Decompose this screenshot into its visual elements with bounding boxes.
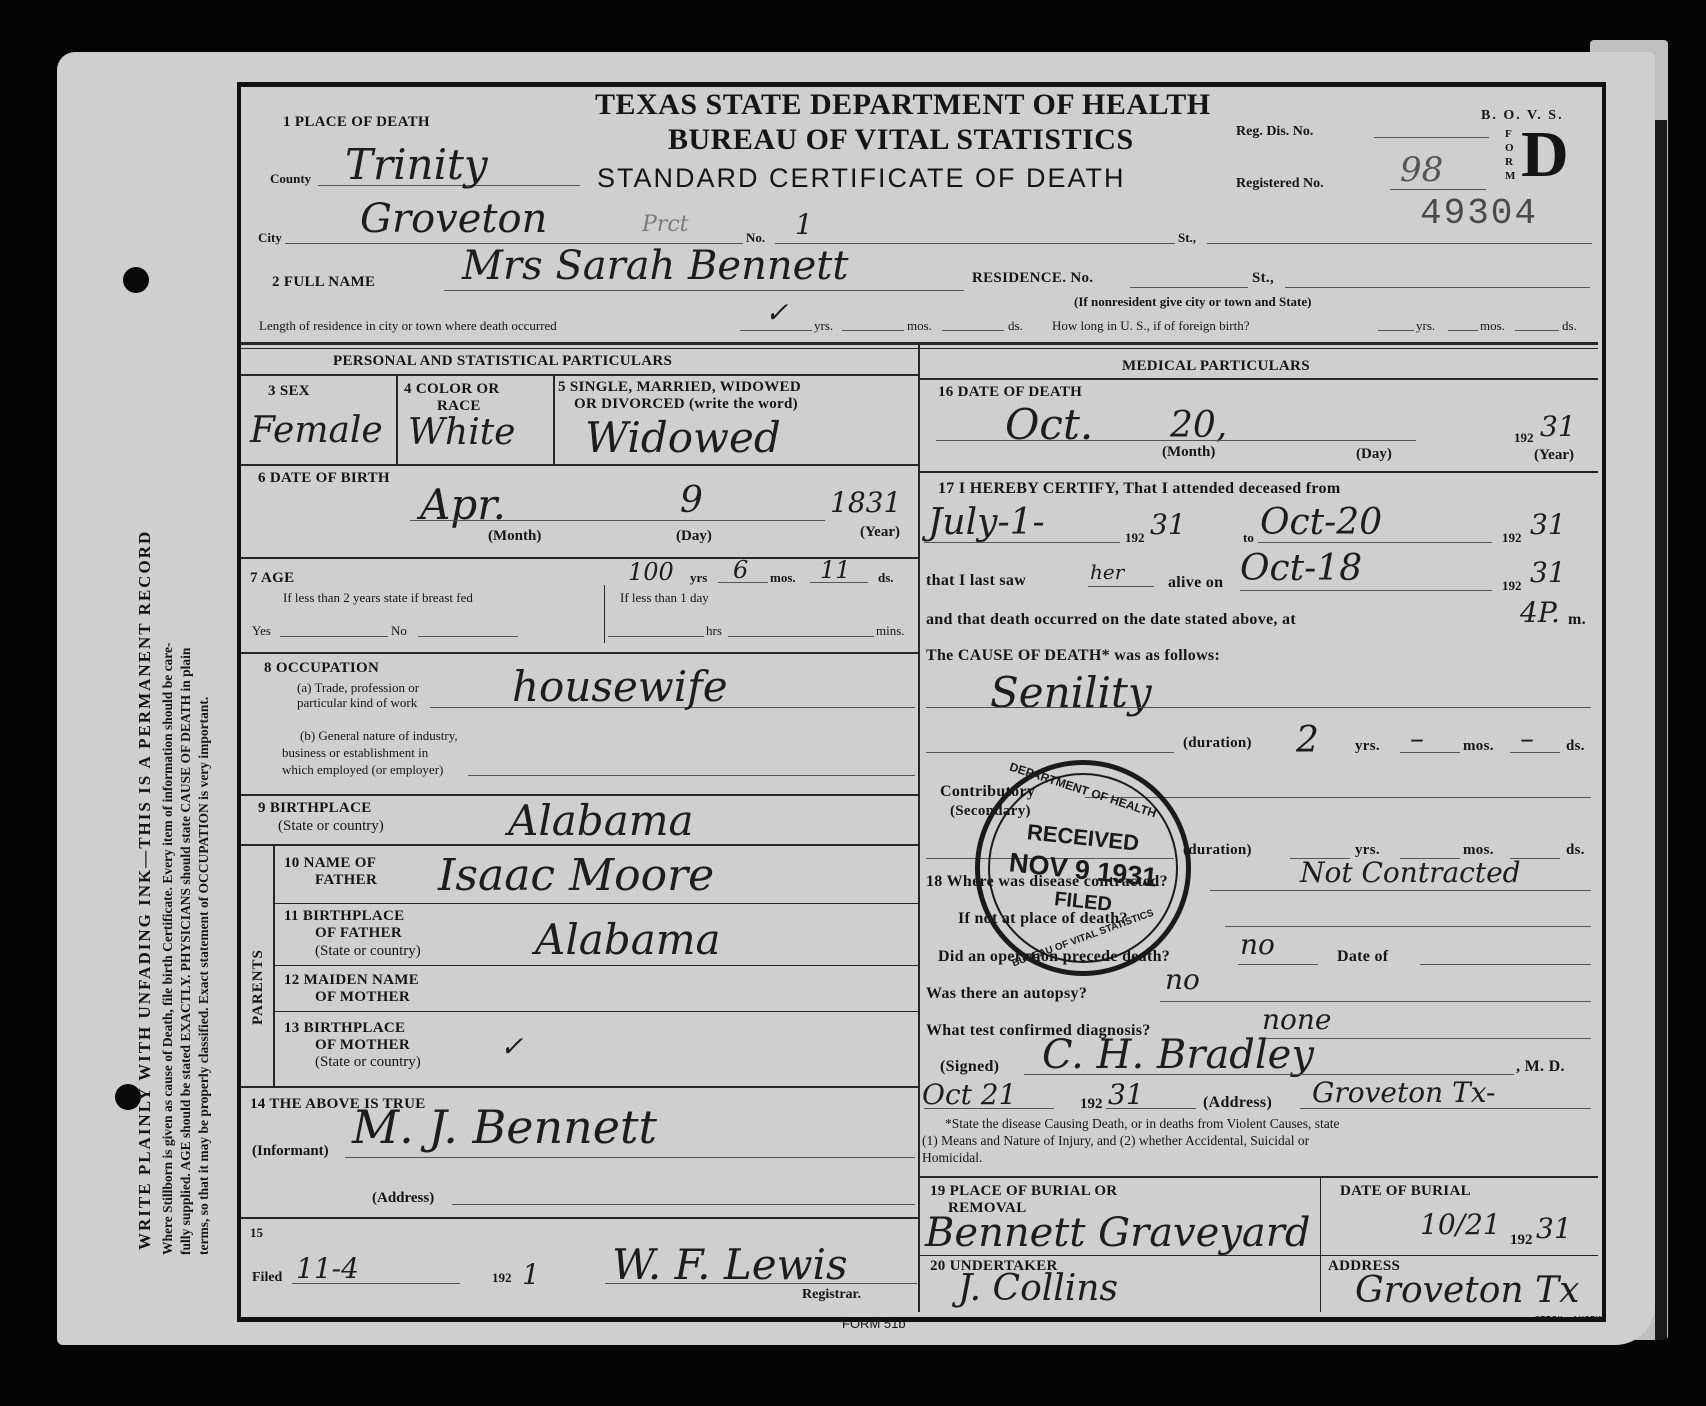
length-residence-label: Length of residence in city or town wher… — [259, 318, 557, 334]
footnote-line-2: (1) Means and Nature of Injury, and (2) … — [922, 1133, 1309, 1149]
birthplace-value: Alabama — [508, 796, 694, 845]
form-letter-d: D — [1521, 122, 1569, 188]
agency-line-2: BUREAU OF VITAL STATISTICS — [668, 123, 1134, 157]
medical-section-title: MEDICAL PARTICULARS — [1122, 358, 1310, 375]
margin-warning: WRITE PLAINLY WITH UNFADING INK—THIS IS … — [135, 530, 155, 1250]
registered-label: Registered No. — [1236, 176, 1324, 192]
age-months: 6 — [733, 556, 748, 584]
footnote-line-1: *State the disease Causing Death, or in … — [945, 1116, 1339, 1132]
informant-value: M. J. Bennett — [352, 1100, 657, 1154]
reg-dis-label: Reg. Dis. No. — [1236, 124, 1313, 140]
sex-label: 3 SEX — [268, 383, 310, 400]
county-label: County — [270, 171, 311, 187]
dod-year: 31 — [1540, 410, 1576, 443]
marital-label: 5 SINGLE, MARRIED, WIDOWED — [558, 379, 801, 396]
father-name-label: 10 NAME OF — [284, 855, 376, 872]
alive-on-value: Oct-18 — [1240, 548, 1362, 589]
sex-value: Female — [250, 410, 383, 451]
sign-date: Oct 21 — [922, 1078, 1016, 1111]
personal-section-title: PERSONAL AND STATISTICAL PARTICULARS — [333, 353, 672, 370]
city-label: City — [258, 230, 282, 246]
full-name-label: 2 FULL NAME — [272, 274, 375, 291]
burial-date-value: 10/21 — [1420, 1208, 1501, 1241]
form-number: FORM 51b — [842, 1316, 906, 1331]
card-stack-shadow — [1655, 120, 1667, 1340]
full-name-value: Mrs Sarah Bennett — [462, 243, 848, 289]
dob-label: 6 DATE OF BIRTH — [258, 470, 390, 487]
occurred-time: 4P. — [1520, 596, 1560, 629]
burial-place-label: 19 PLACE OF BURIAL OR — [930, 1183, 1117, 1200]
printer-mark: STECK · AUSTIN — [1535, 1316, 1605, 1323]
form-vertical-label: FORM — [1505, 127, 1515, 183]
burial-date-label: DATE OF BURIAL — [1340, 1183, 1471, 1200]
registered-value: 98 — [1400, 150, 1443, 190]
certify-text: 17 I HEREBY CERTIFY, That I attended dec… — [938, 480, 1340, 498]
file-number: 49304 — [1420, 193, 1538, 234]
occupation-label: 8 OCCUPATION — [264, 660, 379, 677]
age-days: 11 — [820, 556, 851, 584]
color-label: 4 COLOR OR — [404, 381, 500, 398]
cause-value: Senility — [990, 668, 1152, 717]
cause-duration-yrs: 2 — [1296, 720, 1319, 761]
last-saw-label: that I last saw — [926, 572, 1026, 590]
punch-hole-top — [123, 267, 149, 293]
informant-label: (Informant) — [252, 1143, 329, 1160]
registrar-label: Registrar. — [802, 1287, 861, 1303]
attended-from: July-1- — [928, 502, 1045, 543]
dob-month: Apr. — [420, 480, 506, 529]
registrar-value: W. F. Lewis — [612, 1240, 848, 1289]
occupation-value: housewife — [512, 662, 728, 711]
undertaker-value: J. Collins — [958, 1268, 1118, 1309]
mother-birthplace-value: ✓ — [500, 1030, 523, 1063]
residence-label: RESIDENCE. No. — [972, 270, 1093, 287]
mother-birthplace-label: 13 BIRTHPLACE — [284, 1020, 405, 1037]
dod-label: 16 DATE OF DEATH — [938, 384, 1082, 401]
color-value: White — [408, 412, 515, 453]
length-residence-yrs: ✓ — [765, 296, 788, 329]
agency-line-1: TEXAS STATE DEPARTMENT OF HEALTH — [595, 88, 1211, 122]
city-value: Groveton — [360, 196, 547, 242]
form-title: STANDARD CERTIFICATE OF DEATH — [597, 163, 1126, 194]
dod-month: Oct. — [1005, 400, 1093, 449]
county-value: Trinity — [345, 140, 488, 189]
informant-address-label: (Address) — [372, 1190, 434, 1207]
father-name-value: Isaac Moore — [438, 850, 714, 901]
physician-address: Groveton Tx- — [1312, 1076, 1495, 1109]
received-stamp: DEPARTMENT OF HEALTH RECEIVED NOV 9 1931… — [975, 760, 1191, 976]
attended-to: Oct-20 — [1260, 502, 1382, 543]
foreign-birth-label: How long in U. S., if of foreign birth? — [1052, 318, 1250, 334]
undertaker-address-value: Groveton Tx — [1355, 1270, 1579, 1311]
contracted-value: Not Contracted — [1300, 856, 1521, 889]
parents-label: PARENTS — [250, 949, 267, 1025]
age-years: 100 — [628, 558, 674, 586]
signed-label: (Signed) — [940, 1058, 999, 1076]
autopsy-label: Was there an autopsy? — [926, 985, 1087, 1003]
nonresident-note: (If nonresident give city or town and St… — [1074, 294, 1312, 310]
margin-note-3: terms, so that it may be properly classi… — [196, 697, 212, 1255]
margin-note-1: Where Stillborn is given as cause of Dea… — [160, 642, 176, 1255]
marital-value: Widowed — [585, 413, 781, 462]
city-note: Prct — [642, 212, 688, 237]
cause-label: The CAUSE OF DEATH* was as follows: — [926, 647, 1220, 665]
father-birthplace-label: 11 BIRTHPLACE — [284, 908, 404, 925]
margin-note-2: fully supplied. AGE should be stated EXA… — [178, 648, 194, 1255]
burial-place-value: Bennett Graveyard — [925, 1210, 1311, 1256]
birthplace-label: 9 BIRTHPLACE — [258, 800, 372, 817]
autopsy-value: no — [1165, 963, 1200, 996]
dob-year: 1831 — [830, 486, 901, 519]
operation-value: no — [1240, 928, 1275, 961]
age-label: 7 AGE — [250, 570, 294, 587]
dob-day: 9 — [680, 480, 703, 521]
father-birthplace-value: Alabama — [535, 915, 721, 964]
column-divider — [918, 345, 920, 1312]
house-no-value: 1 — [795, 208, 813, 241]
mother-name-label: 12 MAIDEN NAME — [284, 972, 419, 989]
filed-label: Filed — [252, 1270, 282, 1286]
occurred-text: and that death occurred on the date stat… — [926, 611, 1296, 629]
street-label: St., — [1178, 230, 1196, 246]
footnote-line-3: Homicidal. — [922, 1150, 982, 1166]
filed-date: 11-4 — [296, 1252, 359, 1285]
filed-number: 15 — [250, 1225, 263, 1241]
physician-signature: C. H. Bradley — [1042, 1032, 1314, 1078]
residence-st-label: St., — [1252, 270, 1274, 287]
place-of-death-label: 1 PLACE OF DEATH — [283, 114, 430, 131]
